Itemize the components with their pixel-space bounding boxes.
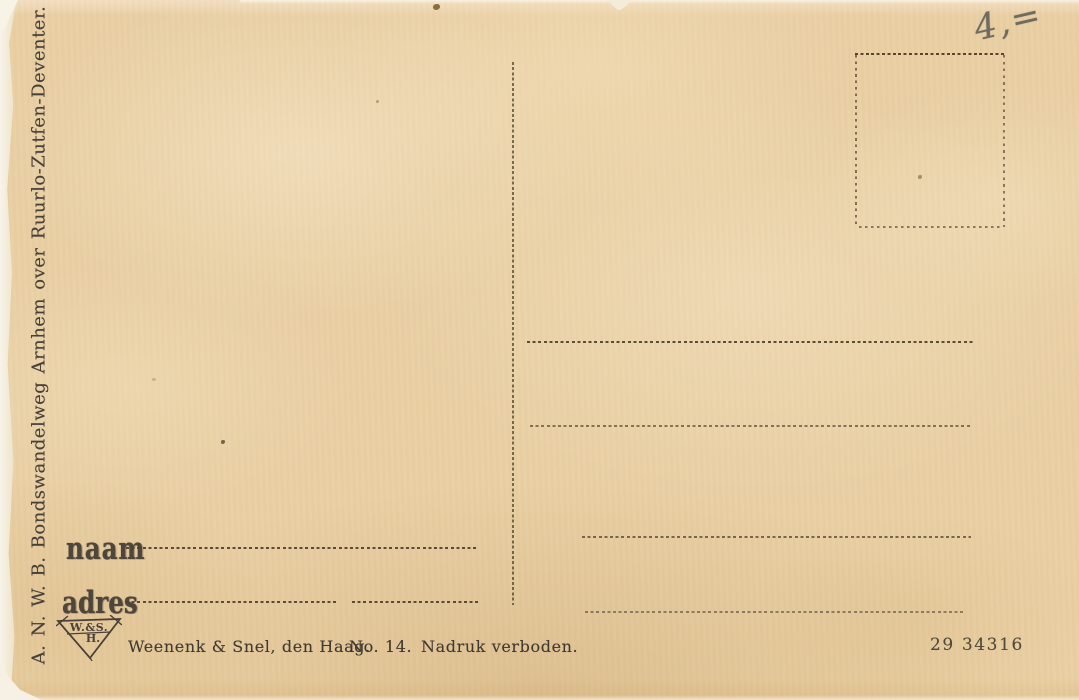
paper-stain [221, 440, 225, 444]
paper-stain [433, 4, 440, 10]
paper-stain [376, 100, 379, 103]
logo-monogram-bottom: H. [60, 632, 126, 645]
imprint-copyright-notice: Nadruk verboden. [421, 637, 578, 656]
imprint-publisher: Weenenk & Snel, den Haag. [128, 637, 371, 656]
name-field-line [126, 547, 479, 549]
address-line-2 [530, 425, 971, 427]
route-caption: A. N. W. B. Bondswandelweg Arnhem over R… [29, 6, 50, 665]
card-edge-bottom [0, 695, 1079, 700]
stamp-box-edge-left [855, 55, 857, 227]
postcard-back: A. N. W. B. Bondswandelweg Arnhem over R… [0, 0, 1079, 700]
stamp-box-edge-top [855, 53, 1005, 55]
imprint-series-number: No. 14. [349, 637, 412, 656]
pencil-price-note: 4,= [970, 0, 1046, 49]
address-field-label: adres [62, 588, 138, 618]
stamp-box-edge-right [1003, 55, 1005, 227]
stamp-box [855, 53, 1005, 228]
card-edge-left [0, 0, 24, 700]
address-line-3 [582, 536, 971, 538]
card-edge-top [240, 0, 1079, 4]
card-edge-notch [609, 0, 631, 11]
address-line-1 [527, 341, 974, 343]
address-line-4 [585, 611, 964, 613]
postcard-scan: A. N. W. B. Bondswandelweg Arnhem over R… [0, 0, 1079, 700]
paper-stain [152, 378, 156, 381]
address-field-line [126, 601, 337, 603]
stamp-box-edge-bottom [859, 226, 1003, 228]
address-field-line [352, 601, 478, 603]
serial-number: 29 34316 [930, 635, 1024, 655]
name-field-label: naam [66, 534, 145, 564]
publisher-logo: W.&S. H. [56, 615, 122, 661]
divider-line [512, 62, 514, 605]
